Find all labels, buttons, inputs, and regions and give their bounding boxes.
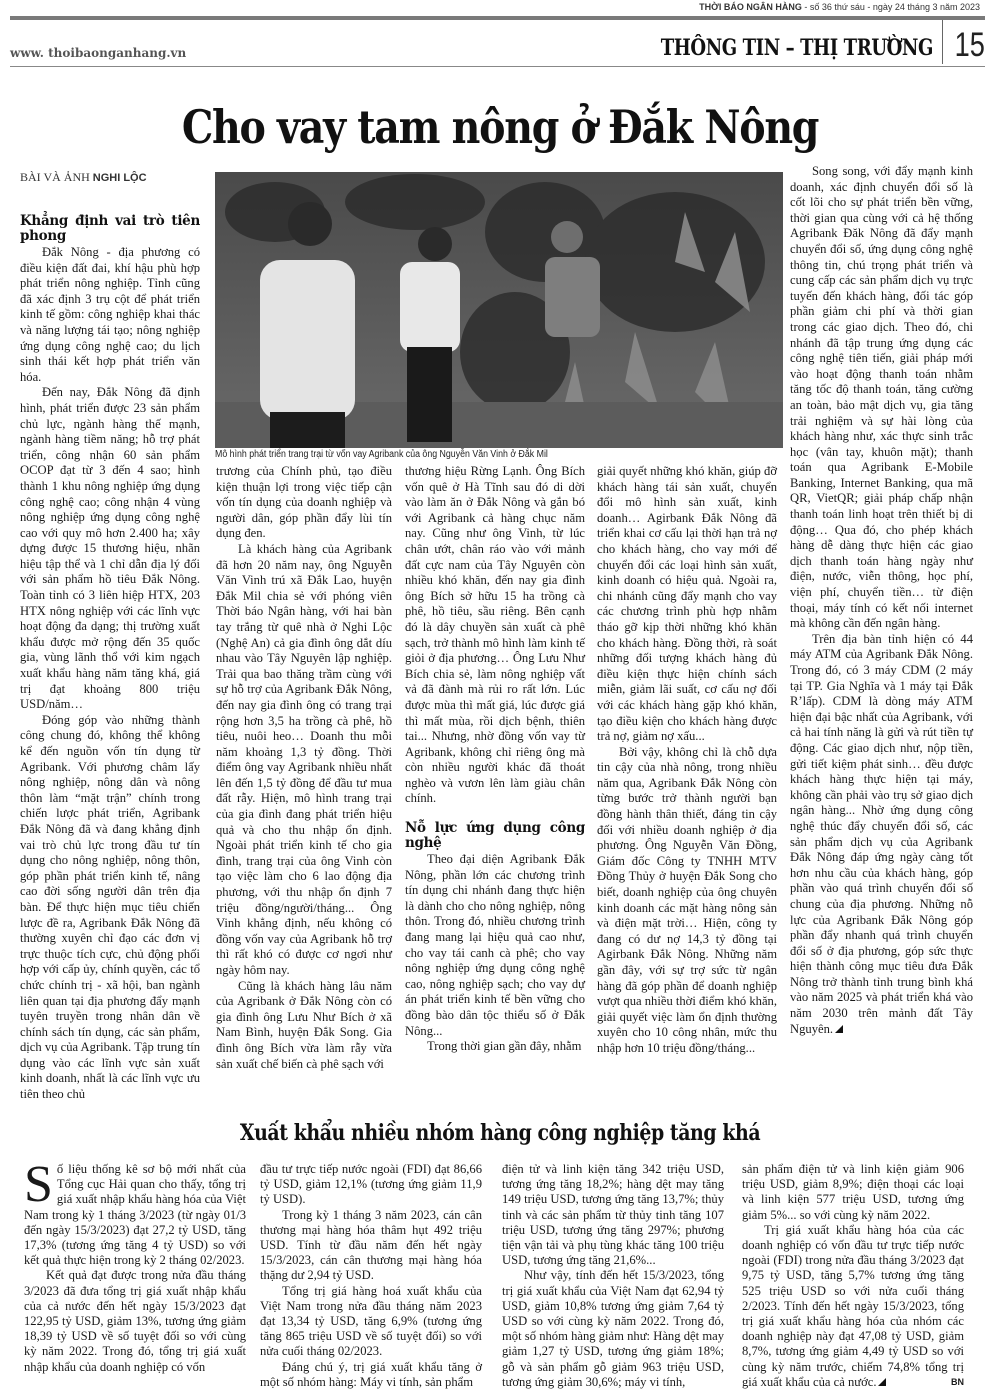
paragraph: Song song, với đẩy mạnh kinh doanh, xác …	[790, 164, 973, 632]
byline: BÀI VÀ ẢNH NGHI LỘC	[20, 170, 147, 185]
paragraph-text: Trên địa bàn tỉnh hiện có 44 máy ATM của…	[790, 632, 973, 1036]
dropcap: S	[24, 1164, 53, 1206]
photo-caption: Mô hình phát triển trang trại từ vốn vay…	[215, 449, 548, 460]
masthead: www. thoibaonganhang.vn THÔNG TIN – THỊ …	[10, 20, 985, 67]
article2-column-3: điện tử và linh kiện tăng 342 triệu USD,…	[502, 1162, 724, 1390]
site-url[interactable]: www. thoibaonganhang.vn	[10, 46, 186, 60]
end-mark-icon	[835, 1025, 843, 1033]
byline-author: NGHI LỘC	[93, 172, 147, 184]
coffee-farm-photo-icon	[215, 172, 783, 448]
paragraph: Đến nay, Đắk Nông đã định hình, phát tri…	[20, 385, 200, 712]
paragraph: sản phẩm điện tử và linh kiện giảm 906 t…	[742, 1162, 964, 1223]
paragraph: Trên địa bàn tỉnh hiện có 44 máy ATM của…	[790, 632, 973, 1037]
article1-column-3: thương hiệu Rừng Lạnh. Ông Bích vốn quê …	[405, 464, 585, 1055]
byline-prefix: BÀI VÀ ẢNH	[20, 170, 93, 184]
paragraph: Đáng chú ý, trị giá xuất khẩu tăng ở một…	[260, 1360, 482, 1390]
publication-name: THỜI BÁO NGÂN HÀNG	[699, 2, 802, 12]
subhead-khang-dinh: Khẳng định vai trò tiên phong	[20, 214, 200, 244]
page-number: 15	[955, 26, 985, 65]
article1-column-4: giải quyết những khó khăn, giúp đỡ khách…	[597, 464, 777, 1057]
paragraph: giải quyết những khó khăn, giúp đỡ khách…	[597, 464, 777, 745]
article-photo	[215, 172, 783, 448]
page-divider	[942, 20, 943, 64]
paragraph: Tổng trị giá hàng hoá xuất khẩu của Việt…	[260, 1284, 482, 1360]
article2-column-4: sản phẩm điện tử và linh kiện giảm 906 t…	[742, 1162, 964, 1390]
article2-column-1: S ố liệu thống kê sơ bộ mới nhất của Tổn…	[24, 1162, 246, 1375]
paragraph: Kết quả đạt được trong nửa đầu tháng 3/2…	[24, 1268, 246, 1374]
issue-info: - số 36 thứ sáu - ngày 24 tháng 3 năm 20…	[802, 2, 980, 12]
article1-column-2: trương của Chính phủ, tạo điều kiện thuậ…	[216, 464, 392, 1072]
paragraph: đầu tư trực tiếp nước ngoài (FDI) đạt 86…	[260, 1162, 482, 1208]
paragraph: Đắk Nông - địa phương có điều kiện đất đ…	[20, 245, 200, 385]
paragraph: Cũng là khách hàng lâu năm của Agribank …	[216, 979, 392, 1073]
article2-headline: Xuất khẩu nhiều nhóm hàng công nghiệp tă…	[70, 1120, 930, 1146]
paragraph: điện tử và linh kiện tăng 342 triệu USD,…	[502, 1162, 724, 1268]
section-title: THÔNG TIN – THỊ TRƯỜNG	[661, 35, 933, 61]
paragraph: trương của Chính phủ, tạo điều kiện thuậ…	[216, 464, 392, 542]
subhead-no-luc: Nỗ lực ứng dụng công nghệ	[405, 821, 585, 851]
article2-column-2: đầu tư trực tiếp nước ngoài (FDI) đạt 86…	[260, 1162, 482, 1390]
paragraph: Như vậy, tính đến hết 15/3/2023, tổng tr…	[502, 1268, 724, 1390]
paragraph: Trong kỳ 1 tháng 3 năm 2023, cán cân thư…	[260, 1208, 482, 1284]
paragraph: Trị giá xuất khẩu hàng hóa của các doanh…	[742, 1223, 964, 1390]
paragraph: Là khách hàng của Agribank đã hơn 20 năm…	[216, 542, 392, 979]
signoff: BN	[929, 1375, 964, 1390]
article1-column-5: Song song, với đẩy mạnh kinh doanh, xác …	[790, 164, 973, 1037]
paragraph: Bởi vậy, không chỉ là chỗ dựa tin cậy củ…	[597, 745, 777, 1057]
article1-column-1: Khẳng định vai trò tiên phong Đắk Nông -…	[20, 214, 200, 1103]
paragraph: Theo đại diện Agribank Đắk Nông, phần lớ…	[405, 852, 585, 1039]
paragraph: Trong thời gian gần đây, nhằm	[405, 1039, 585, 1055]
paragraph: ố liệu thống kê sơ bộ mới nhất của Tổng …	[24, 1162, 246, 1268]
issue-strip: THỜI BÁO NGÂN HÀNG - số 36 thứ sáu - ngà…	[699, 2, 980, 12]
paragraph-text: Trị giá xuất khẩu hàng hóa của các doanh…	[742, 1223, 964, 1389]
paragraph: thương hiệu Rừng Lạnh. Ông Bích vốn quê …	[405, 464, 585, 807]
article1-headline: Cho vay tam nông ở Đắk Nông	[70, 100, 930, 154]
paragraph: Đóng góp vào những thành công chung đó, …	[20, 713, 200, 1103]
end-mark-icon	[878, 1378, 886, 1386]
